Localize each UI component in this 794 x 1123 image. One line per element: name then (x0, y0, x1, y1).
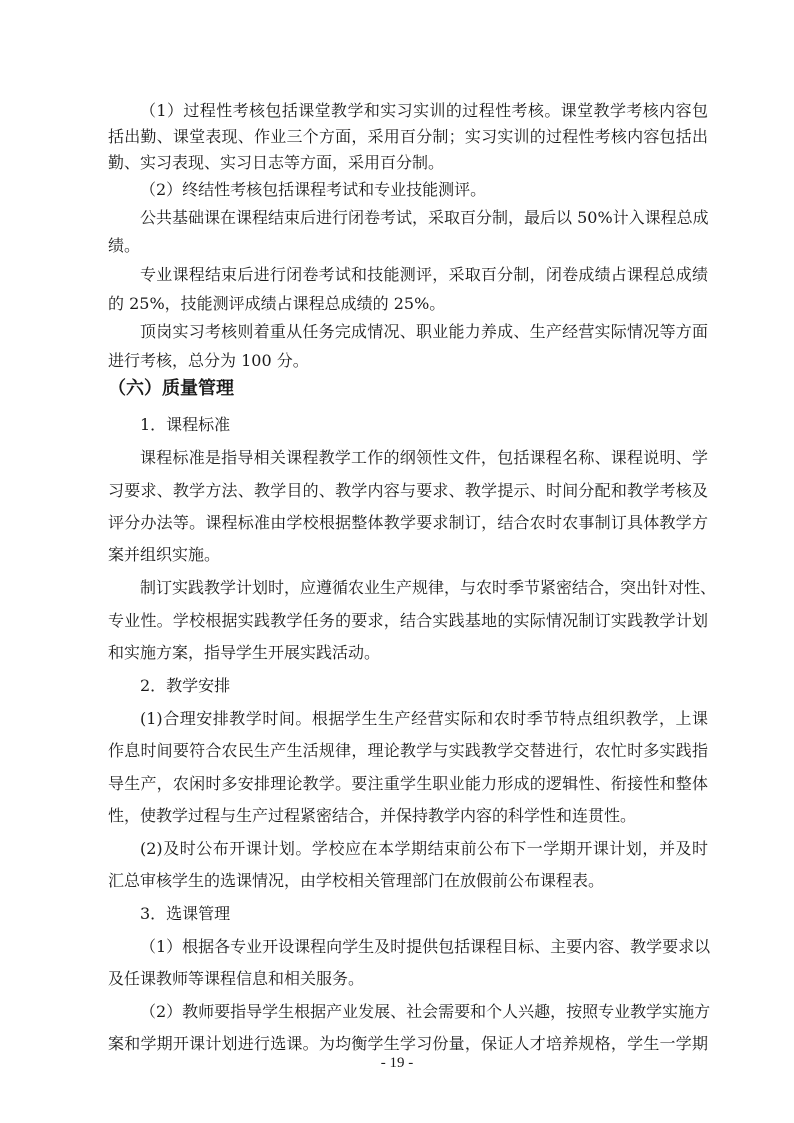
paragraph-line: 公共基础课在课程结束后进行闭卷考试，采取百分制，最后以 50%计入课程总成 (140, 208, 708, 228)
paragraph-line: 性，使教学过程与生产过程紧密结合，并保持教学内容的科学性和连贯性。 (108, 806, 708, 826)
page-number: - 19 - (0, 1055, 794, 1072)
paragraph-line: （1）过程性考核包括课堂教学和实习实训的过程性考核。课堂教学考核内容包 (140, 101, 708, 121)
paragraph-line: （2）终结性考核包括课程考试和专业技能测评。 (140, 180, 708, 200)
paragraph-line: 括出勤、课堂表现、作业三个方面，采用百分制；实习实训的过程性考核内容包括出 (108, 127, 708, 147)
subsection-title: 2．教学安排 (140, 676, 230, 696)
paragraph-line: 案和学期开课计划进行选课。为均衡学生学习份量，保证人才培养规格，学生一学期 (108, 1034, 708, 1054)
subsection-title: 1．课程标准 (140, 415, 230, 435)
section-heading: （六）质量管理 (108, 378, 234, 400)
paragraph-line: 作息时间要符合农民生产生活规律，理论教学与实践教学交替进行，农忙时多实践指 (108, 741, 708, 761)
document-page: （1）过程性考核包括课堂教学和实习实训的过程性考核。课堂教学考核内容包 括出勤、… (0, 0, 794, 1123)
paragraph-line: （2）教师要指导学生根据产业发展、社会需要和个人兴趣，按照专业教学实施方 (140, 1002, 708, 1022)
paragraph-line: 评分办法等。课程标准由学校根据整体教学要求制订，结合农时农事制订具体教学方 (108, 513, 708, 533)
subsection-title: 3．选课管理 (140, 904, 230, 924)
paragraph-line: 习要求、教学方法、教学目的、教学内容与要求、教学提示、时间分配和教学考核及 (108, 481, 708, 501)
paragraph-line: 绩。 (108, 236, 708, 256)
paragraph-line: 课程标准是指导相关课程教学工作的纲领性文件，包括课程名称、课程说明、学 (140, 448, 708, 468)
paragraph-line: 导生产，农闲时多安排理论教学。要注重学生职业能力形成的逻辑性、衔接性和整体 (108, 774, 708, 794)
paragraph-line: 汇总审核学生的选课情况，由学校相关管理部门在放假前公布课程表。 (108, 871, 708, 891)
paragraph-line: 及任课教师等课程信息和相关服务。 (108, 969, 708, 989)
paragraph-line: 专业性。学校根据实践教学任务的要求，结合实践基地的实际情况制订实践教学计划 (108, 611, 708, 631)
paragraph-line: 顶岗实习考核则着重从任务完成情况、职业能力养成、生产经营实际情况等方面 (140, 322, 708, 342)
paragraph-line: 案并组织实施。 (108, 545, 708, 565)
paragraph-line: 专业课程结束后进行闭卷考试和技能测评，采取百分制，闭卷成绩占课程总成绩 (140, 265, 708, 285)
paragraph-line: 进行考核，总分为 100 分。 (108, 351, 708, 371)
paragraph-line: (1)合理安排教学时间。根据学生生产经营实际和农时季节特点组织教学，上课 (140, 709, 708, 729)
paragraph-line: 和实施方案，指导学生开展实践活动。 (108, 643, 708, 663)
paragraph-line: 制订实践教学计划时，应遵循农业生产规律，与农时季节紧密结合，突出针对性、 (140, 578, 708, 598)
paragraph-line: 勤、实习表现、实习日志等方面，采用百分制。 (108, 153, 708, 173)
paragraph-line: 的 25%，技能测评成绩占课程总成绩的 25%。 (108, 294, 708, 314)
paragraph-line: （1）根据各专业开设课程向学生及时提供包括课程目标、主要内容、教学要求以 (140, 937, 708, 957)
paragraph-line: (2)及时公布开课计划。学校应在本学期结束前公布下一学期开课计划，并及时 (140, 839, 708, 859)
